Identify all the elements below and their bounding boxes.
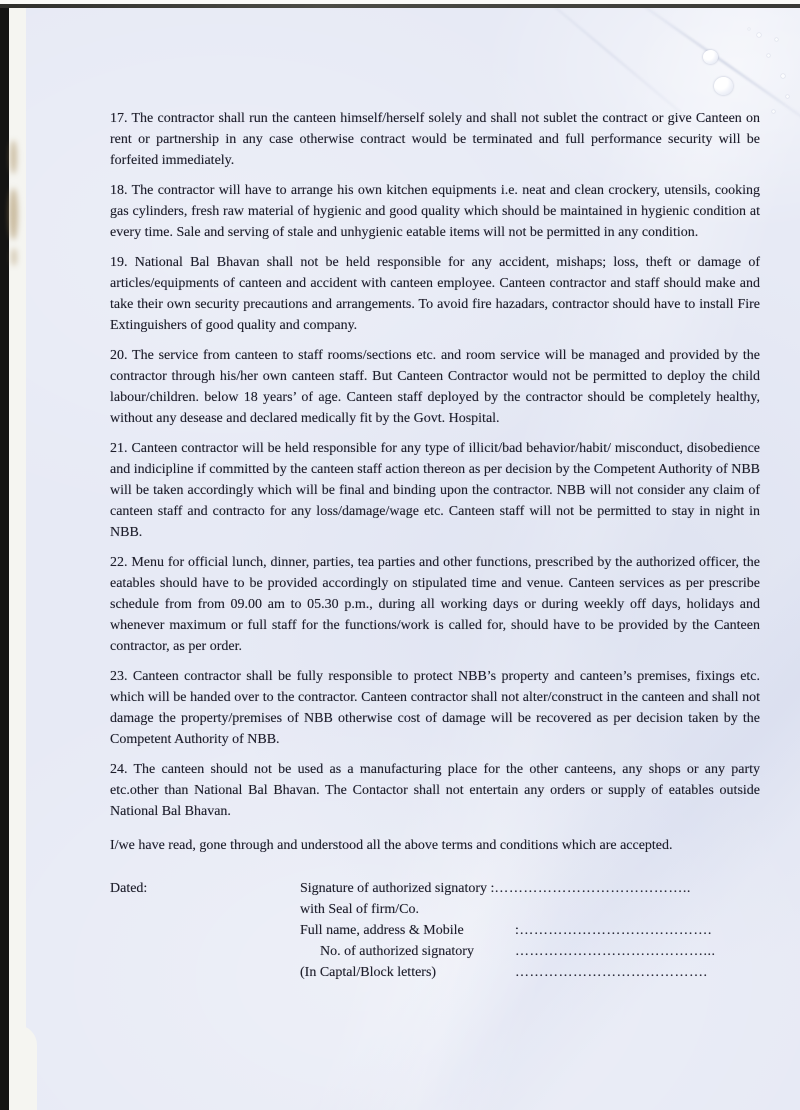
stain-speck [775,38,778,41]
stain-speck [781,74,785,78]
clause-text: The contractor shall run the canteen him… [110,111,760,168]
clause-text: The canteen should not be used as a manu… [110,762,760,819]
scanner-left-edge [0,0,9,1110]
dotted-line: …………………………………... [515,944,716,959]
signature-label: Signature of authorized signatory : [300,881,494,896]
binding-smudge [11,248,17,266]
signature-label: Full name, address & Mobile [300,920,515,941]
stain-speck [767,54,770,57]
clause-number: 19. [110,255,128,270]
clause-19: 19. National Bal Bhavan shall not be hel… [110,252,760,336]
clause-number: 23. [110,669,128,684]
page-corner-edge [9,1025,37,1110]
signature-block: Dated: Signature of authorized signatory… [110,878,760,983]
signature-row-block-letters: (In Captal/Block letters)…………………………………. [300,962,760,983]
dotted-line: ………………………………….. [494,881,691,896]
stain-speck [772,110,775,113]
clause-number: 21. [110,441,128,456]
clause-21: 21. Canteen contractor will be held resp… [110,438,760,543]
water-stain [703,50,718,64]
signature-row-signatory-number: No. of authorized signatory…………………………………… [300,941,760,962]
clause-number: 22. [110,555,128,570]
binding-smudge [9,188,18,240]
clause-text: National Bal Bhavan shall not be held re… [110,255,760,333]
dotted-line: :…………………………………. [515,923,712,938]
signature-row-authorized-signatory: Signature of authorized signatory :……………… [300,878,760,899]
clause-18: 18. The contractor will have to arrange … [110,180,760,243]
clause-20: 20. The service from canteen to staff ro… [110,345,760,429]
clause-text: Menu for official lunch, dinner, parties… [110,555,760,654]
clause-text: Canteen contractor shall be fully respon… [110,669,760,747]
clause-text: The contractor will have to arrange his … [110,183,760,240]
stain-speck [786,95,789,98]
scanned-document-page: 17. The contractor shall run the canteen… [0,0,800,1110]
clause-number: 20. [110,348,128,363]
signature-label: (In Captal/Block letters) [300,962,515,983]
clause-number: 24. [110,762,128,777]
signature-label: No. of authorized signatory [300,941,515,962]
signature-label: with Seal of firm/Co. [300,902,419,917]
clause-text: The service from canteen to staff rooms/… [110,348,760,426]
clause-17: 17. The contractor shall run the canteen… [110,108,760,171]
stain-speck [757,33,761,37]
clause-number: 18. [110,183,128,198]
signature-row-full-name: Full name, address & Mobile:………………………………… [300,920,760,941]
scanner-top-line [0,4,800,8]
binding-smudge [10,140,17,174]
water-stain [714,77,733,95]
clause-number: 17. [110,111,128,126]
dated-label: Dated: [110,878,300,983]
document-content: 17. The contractor shall run the canteen… [110,108,760,983]
clause-22: 22. Menu for official lunch, dinner, par… [110,552,760,657]
signature-row-seal: with Seal of firm/Co. [300,899,760,920]
acceptance-statement: I/we have read, gone through and underst… [110,835,760,856]
dotted-line: …………………………………. [515,965,708,980]
clause-24: 24. The canteen should not be used as a … [110,759,760,822]
clause-23: 23. Canteen contractor shall be fully re… [110,666,760,750]
clause-text: Canteen contractor will be held responsi… [110,441,760,540]
signature-column: Signature of authorized signatory :……………… [300,878,760,983]
stain-speck [748,28,750,30]
